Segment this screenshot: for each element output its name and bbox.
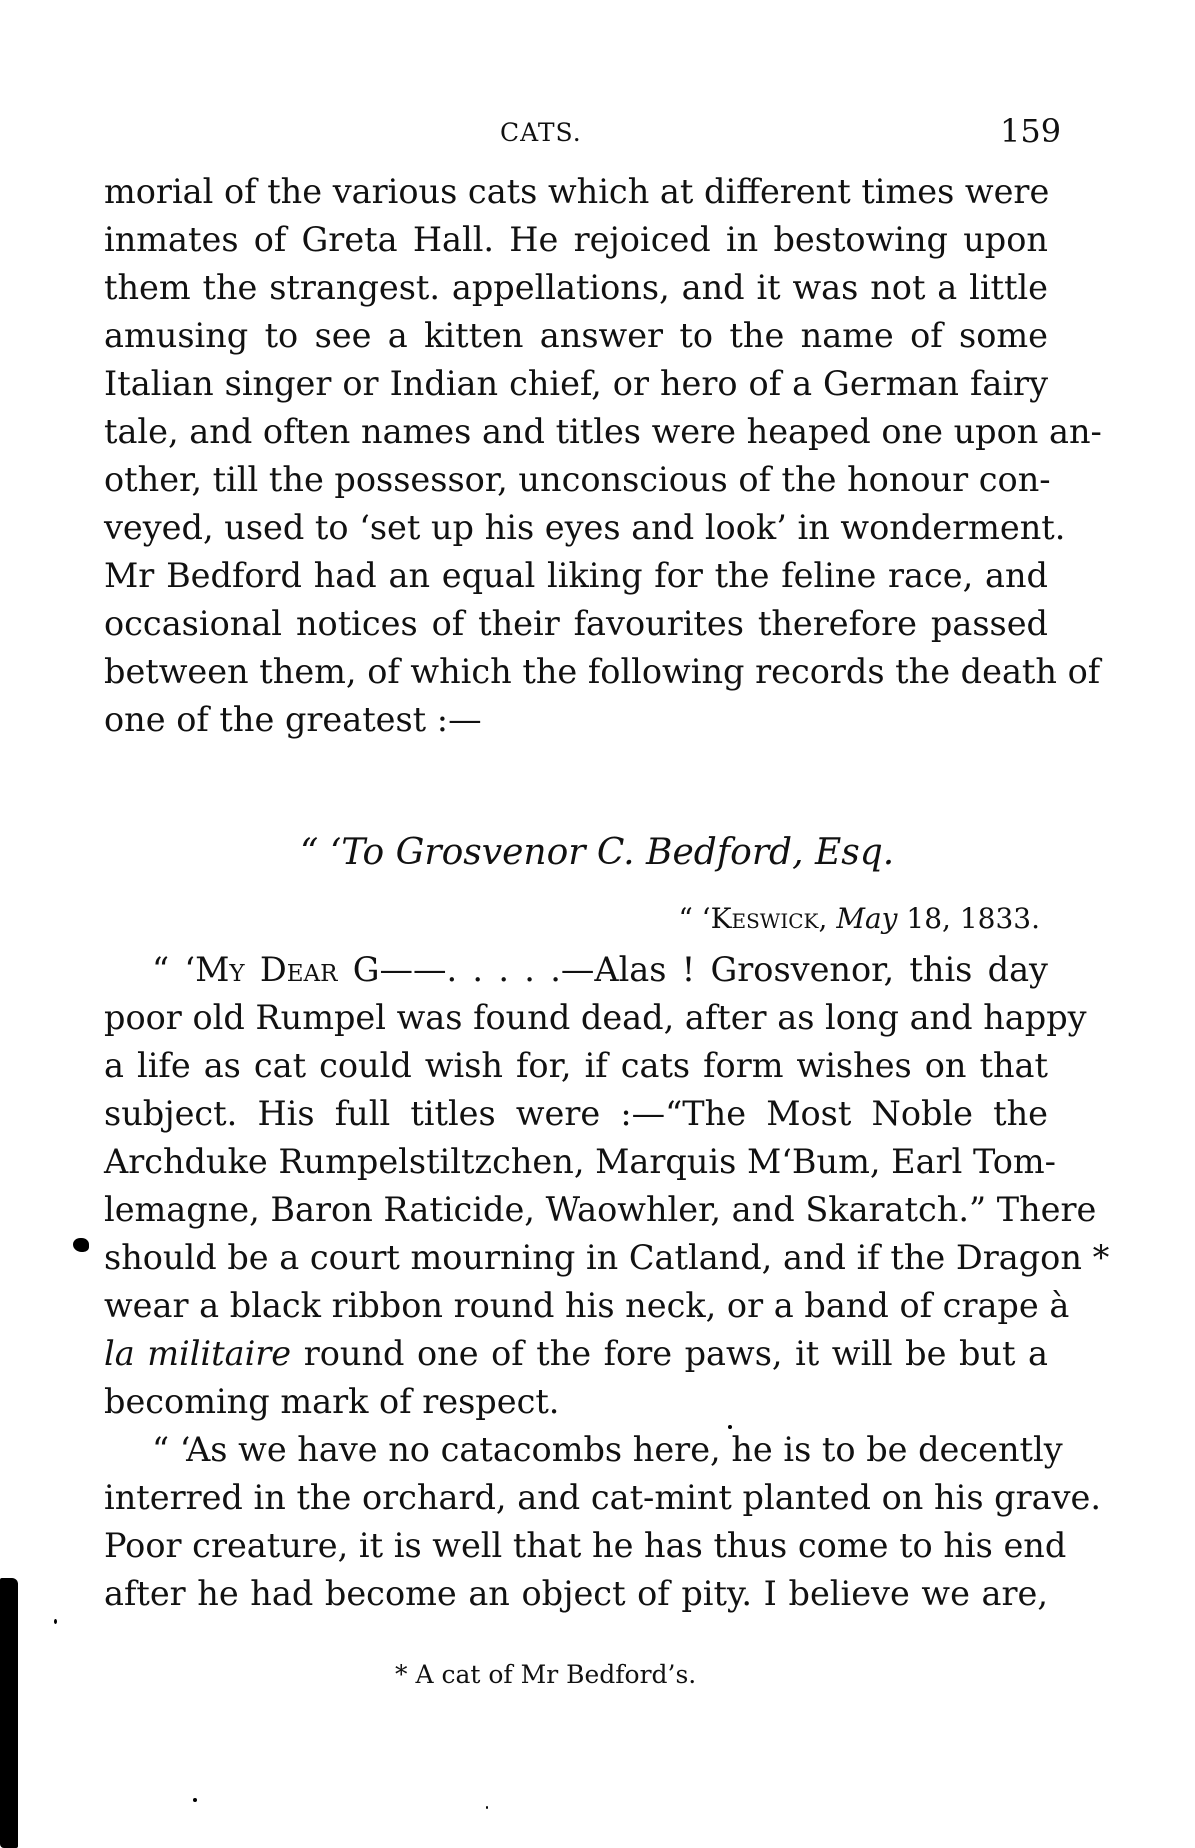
text-line: “ ‘As we have no catacombs here, he is t…	[104, 1426, 1048, 1474]
running-title: CATS.	[500, 118, 582, 147]
text-line: occasional notices of their favourites t…	[104, 600, 1048, 648]
text-line: Archduke Rumpelstiltzchen, Marquis M‘Bum…	[104, 1138, 1048, 1186]
page-number: 159	[1000, 112, 1061, 150]
salutation-greeting: My Dear G——. . . . .	[195, 950, 561, 989]
text-line: should be a court mourning in Catland, a…	[104, 1234, 1048, 1282]
text-line: between them, of which the following rec…	[104, 648, 1048, 696]
text-line: lemagne, Baron Raticide, Waowhler, and S…	[104, 1186, 1048, 1234]
ink-speck	[193, 1798, 197, 1802]
text-line: after he had become an object of pity. I…	[104, 1570, 1048, 1618]
text-line: one of the greatest :—	[104, 696, 1048, 744]
text-line: subject. His full titles were :—“The Mos…	[104, 1090, 1048, 1138]
running-head: CATS. 159	[0, 112, 1195, 152]
salutation-quote: “ ‘	[152, 950, 195, 989]
book-page: CATS. 159 morial of the various cats whi…	[0, 0, 1195, 1848]
text-line: a life as cat could wish for, if cats fo…	[104, 1042, 1048, 1090]
text-line: other, till the possessor, unconscious o…	[104, 456, 1048, 504]
text-line: them the strangest. appellations, and it…	[104, 264, 1048, 312]
text-line: becoming mark of respect.	[104, 1378, 1048, 1426]
salutation-line: “ ‘My Dear G——. . . . .—Alas ! Grosvenor…	[104, 946, 1048, 994]
text-line: interred in the orchard, and cat-mint pl…	[104, 1474, 1048, 1522]
line-rest: round one of the fore paws, it will be b…	[291, 1334, 1048, 1373]
text-line: wear a black ribbon round his neck, or a…	[104, 1282, 1048, 1330]
text-line: morial of the various cats which at diff…	[104, 168, 1048, 216]
letter-dateline: “ ‘Keswick, May 18, 1833.	[678, 902, 1040, 935]
footnote: * A cat of Mr Bedford’s.	[395, 1660, 696, 1689]
text-line: inmates of Greta Hall. He rejoiced in be…	[104, 216, 1048, 264]
paragraph-1: morial of the various cats which at diff…	[104, 168, 1048, 744]
ink-blot	[73, 1238, 89, 1252]
ink-speck	[486, 1806, 488, 1809]
text-line: tale, and often names and titles were he…	[104, 408, 1048, 456]
text-line: poor old Rumpel was found dead, after as…	[104, 994, 1048, 1042]
dateline-month: May	[836, 902, 897, 935]
italic-text-line: la militaire round one of the fore paws,…	[104, 1330, 1048, 1378]
salutation-rest: —Alas ! Grosvenor, this day	[561, 950, 1048, 989]
dateline-quote: “ ‘	[678, 902, 710, 935]
dateline-place: Keswick,	[711, 902, 828, 935]
text-line: Italian singer or Indian chief, or hero …	[104, 360, 1048, 408]
letter-paragraph-1: “ ‘My Dear G——. . . . .—Alas ! Grosvenor…	[104, 946, 1048, 1618]
binding-shadow	[0, 1578, 18, 1848]
text-line: amusing to see a kitten answer to the na…	[104, 312, 1048, 360]
text-line: Mr Bedford had an equal liking for the f…	[104, 552, 1048, 600]
dateline-date: 18, 1833.	[906, 902, 1040, 935]
italic-phrase: la militaire	[104, 1334, 291, 1373]
ink-speck	[54, 1619, 57, 1624]
letter-addressee: “ ‘To Grosvenor C. Bedford, Esq.	[300, 832, 894, 873]
ink-speck	[728, 1425, 732, 1429]
text-line: Poor creature, it is well that he has th…	[104, 1522, 1048, 1570]
text-line: veyed, used to ‘set up his eyes and look…	[104, 504, 1048, 552]
